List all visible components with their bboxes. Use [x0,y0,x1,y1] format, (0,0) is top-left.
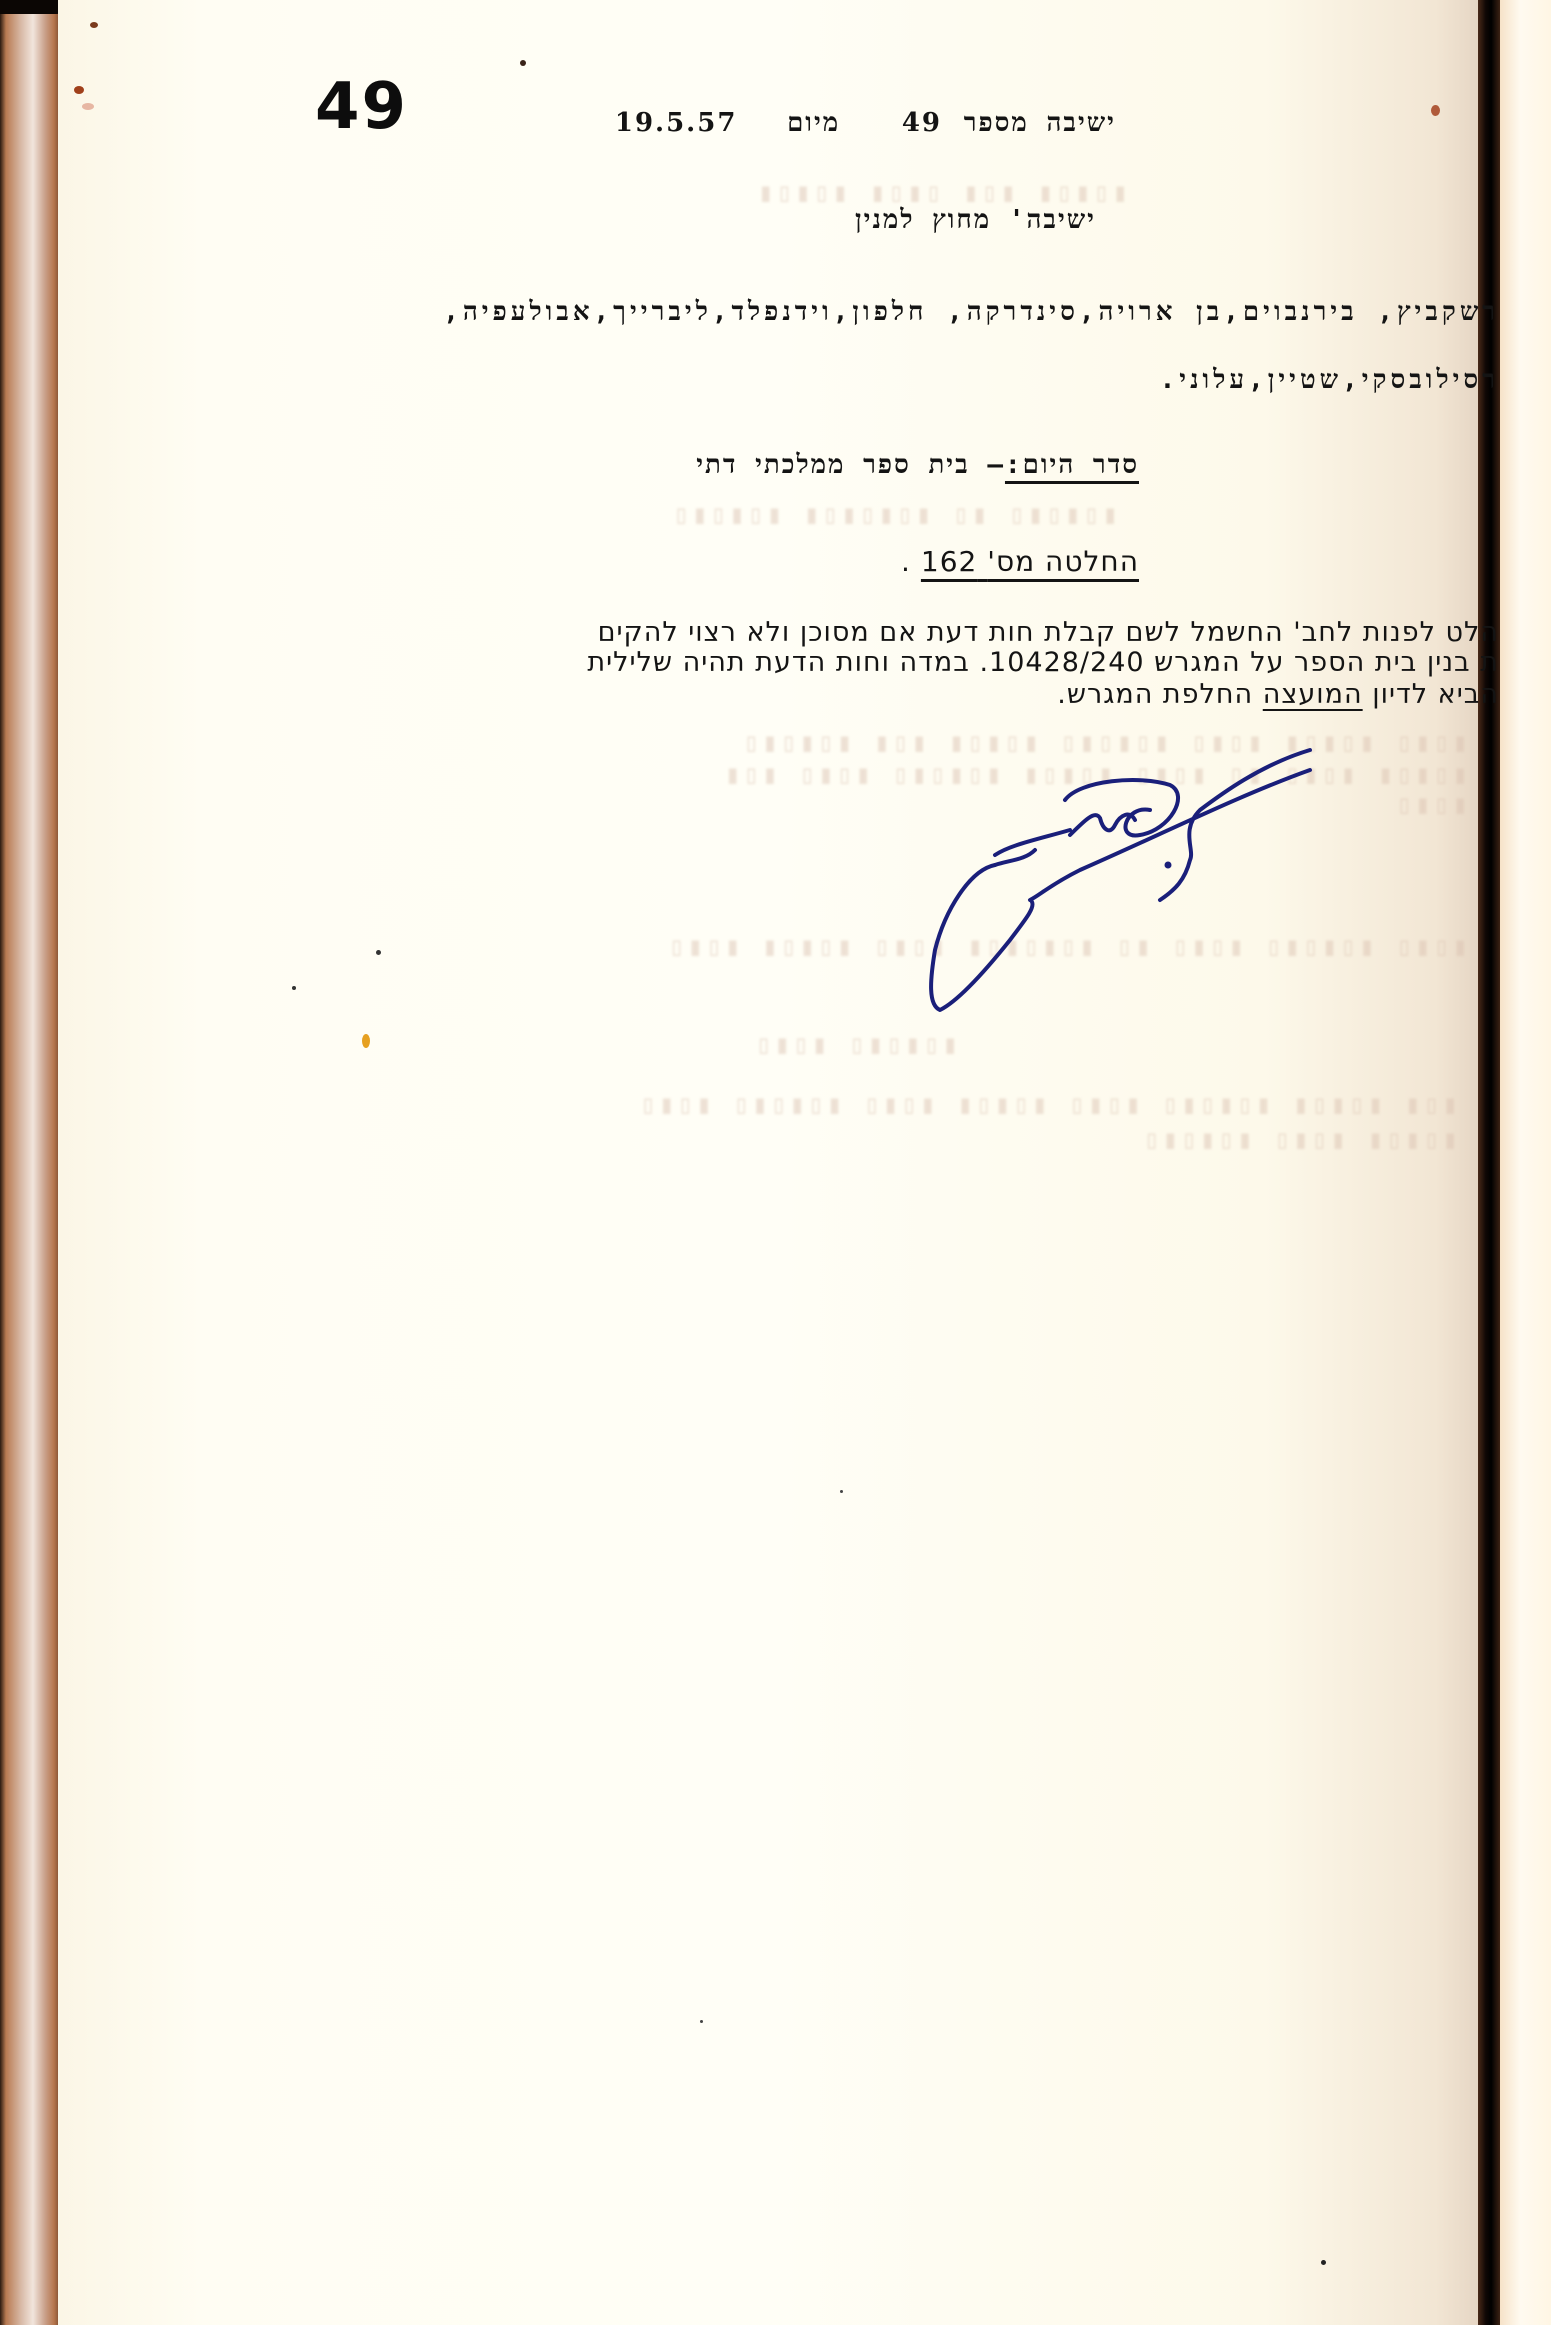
meeting-minutes: 49 ישיבה מספר 49 מיום 19.5.57 ישיבה' מחו… [0,0,1551,2337]
resolution-body-line-3: הביא לדיון המועצה החלפת המגרש. [1057,680,1499,710]
meeting-label: ישיבה מספר [964,108,1116,138]
meeting-header: ישיבה מספר 49 מיום 19.5.57 [615,108,1116,138]
underlined-word: המועצה [1263,679,1363,710]
meeting-date: 19.5.57 [615,108,738,138]
agenda-topic: בית ספר ממלכתי דתי [696,450,969,480]
resolution-heading: החלטה מס' 162. [901,545,1139,578]
agenda-label: סדר היום: [1005,450,1139,480]
resolution-body-line-2: ת בנין בית הספר על המגרש 10428/240. במדה… [587,648,1499,678]
date-label: מיום [787,108,840,138]
attendees-line-2: רסילובסקי,שטיין,עלוני. [1160,365,1499,395]
resolution-label: החלטה מס' 162 [921,545,1139,578]
agenda: סדר היום:– בית ספר ממלכתי דתי [696,450,1139,480]
meeting-number: 49 [902,108,942,138]
resolution-trailing-dot: . [901,545,911,578]
resolution-number: 162 [921,545,977,578]
attendees-line-1: רשקביץ, בירנבוים,בן ארויה,סינדרקה, חלפון… [443,297,1499,327]
agenda-separator: – [987,450,1005,480]
resolution-body-line-1: הלט לפנות לחב' החשמל לשם קבלת חות דעת אם… [598,618,1499,648]
meeting-subheader: ישיבה' מחוץ למנין [855,205,1096,235]
handwritten-signature [860,740,1320,1020]
page-number: 49 [315,70,408,144]
